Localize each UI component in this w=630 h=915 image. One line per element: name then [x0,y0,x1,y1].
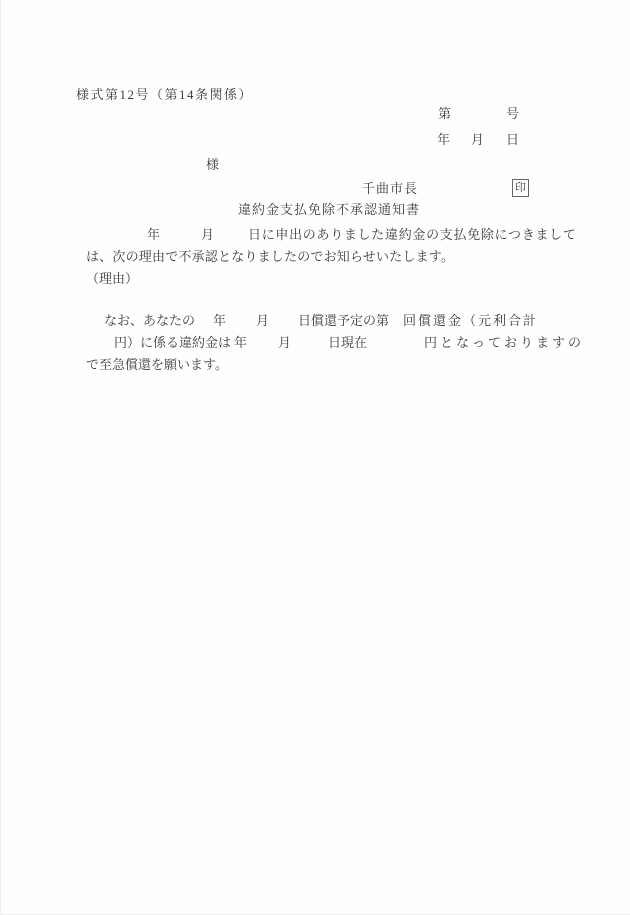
para2-line2-month-label: 月 [278,335,291,350]
para2-line2-year-label: 年 [234,335,247,350]
sender-title: 千曲市長 [362,181,418,196]
para2-line1-mid: 日償還予定の第 [298,313,389,328]
para2-line1-year-label: 年 [213,313,226,328]
para1-month-label: 月 [201,227,214,242]
reason-label: （理由） [86,271,138,286]
para2-line2-tail: 円となっておりますの [424,335,584,350]
form-number-label: 様式第12号（第14条関係） [76,87,253,102]
para2-line2-mid: 日現在 [328,335,367,350]
date-day-label: 日 [506,132,519,147]
para1-year-label: 年 [147,227,160,242]
para2-line1-tail: 回償還金（元利合計 [403,313,538,328]
date-month-label: 月 [471,132,484,147]
doc-number-suffix: 号 [506,106,519,121]
addressee-honorific: 様 [206,157,219,172]
para1-line2-text: は、次の理由で不承認となりましたのでお知らせいたします。 [86,249,454,264]
date-year-label: 年 [437,132,450,147]
para2-line1-lead: なお、あなたの [104,313,195,328]
seal-box: 印 [512,179,529,197]
para2-line3-text: で至急償還を願います。 [86,357,228,372]
doc-number-prefix: 第 [438,106,451,121]
para2-line1-month-label: 月 [256,313,269,328]
document-page: 様式第12号（第14条関係） 第 号 年 月 日 様 千曲市長 印 違約金支払免… [0,0,630,915]
document-title: 違約金支払免除不承認通知書 [238,202,420,217]
para2-line2-lead: 円）に係る違約金は [114,335,231,350]
para1-line1-text: 日に申出のありました違約金の支払免除につきまして [248,227,577,242]
